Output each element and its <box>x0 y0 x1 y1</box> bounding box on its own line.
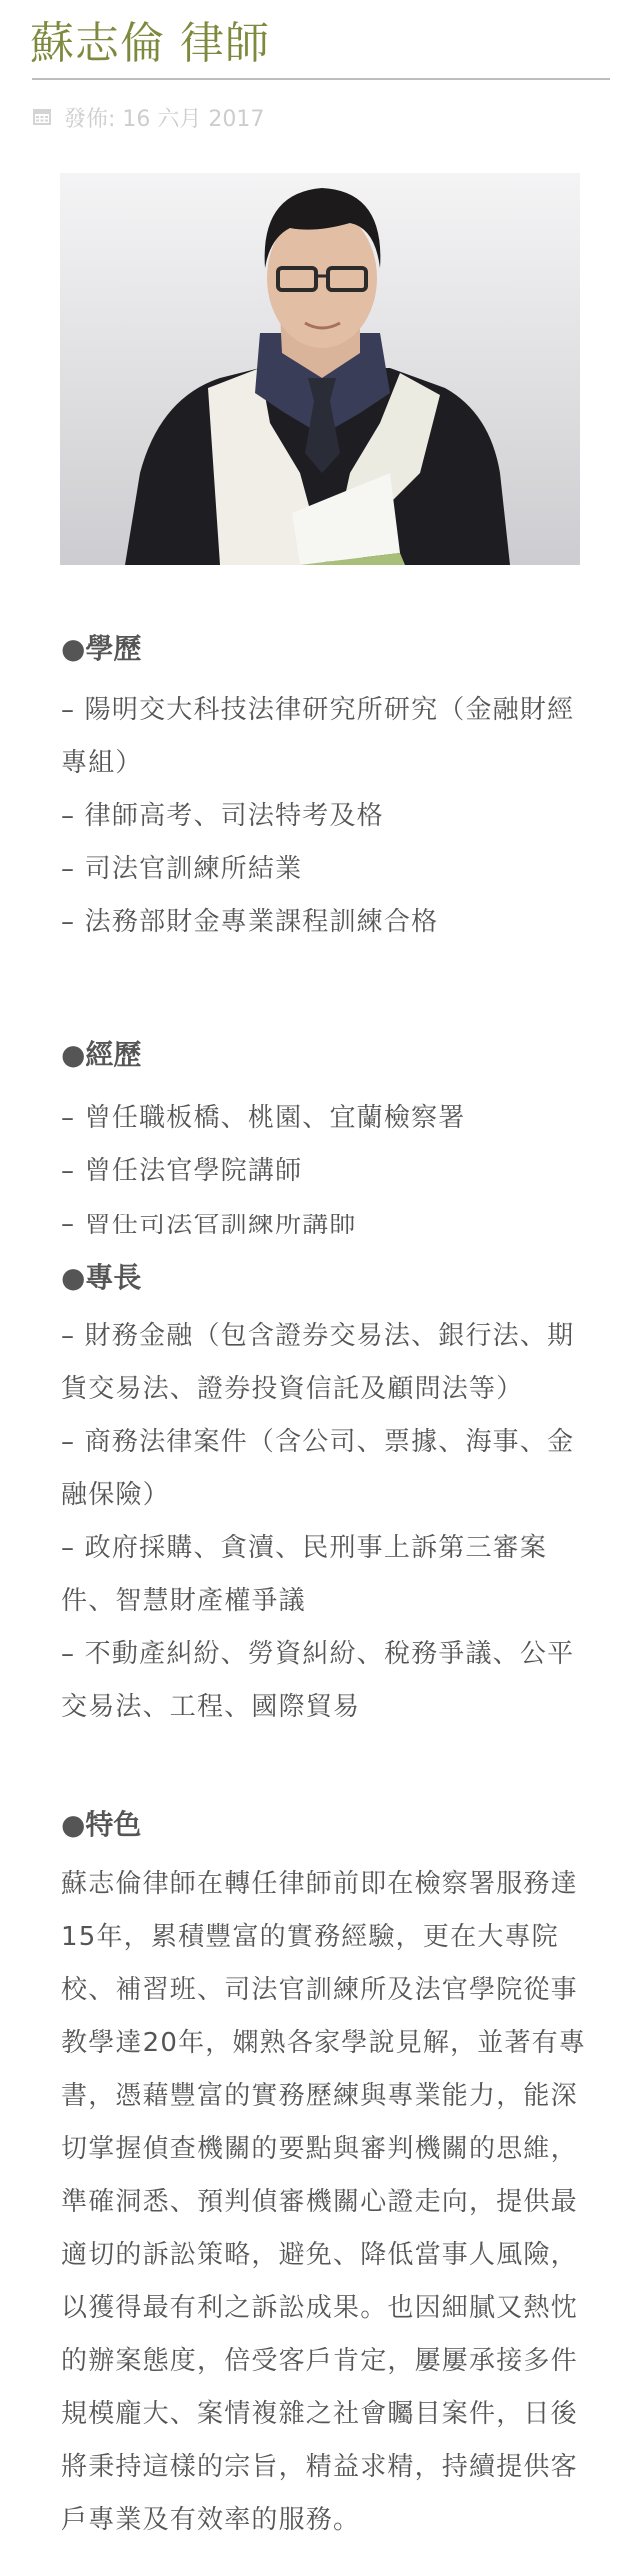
features-line: 以獲得最有利之訴訟成果。也因細膩又熱忱 <box>61 2282 591 2335</box>
expertise-item: – 商務法律案件（含公司、票據、海事、金 <box>61 1416 591 1469</box>
expertise-item: – 政府採購、貪瀆、民刑事上訴第三審案 <box>61 1522 591 1575</box>
features-line: 教學達20年，嫻熟各家學說見解，並著有專 <box>61 2017 591 2070</box>
experience-item: – 曾任司法官訓練所講師 <box>61 1214 591 1234</box>
features-line: 準確洞悉、預判偵審機關心證走向，提供最 <box>61 2176 591 2229</box>
features-line: 戶專業及有效率的服務。 <box>61 2494 591 2547</box>
section-heading-education: ●學歷 <box>61 629 591 669</box>
expertise-item-cont: 貨交易法、證券投資信託及顧問法等） <box>61 1363 591 1416</box>
expertise-item: – 財務金融（包含證券交易法、銀行法、期 <box>61 1310 591 1363</box>
features-line: 切掌握偵查機關的要點與審判機關的思維， <box>61 2123 591 2176</box>
education-item: – 律師高考、司法特考及格 <box>61 790 591 843</box>
section-education: ●學歷 <box>61 629 591 669</box>
section-experience: ●經歷 <box>61 1035 591 1075</box>
education-item: – 陽明交大科技法律研究所研究（金融財經 <box>61 684 591 737</box>
features-line: 15年，累積豐富的實務經驗，更在大專院 <box>61 1911 591 1964</box>
features-line: 校、補習班、司法官訓練所及法官學院從事 <box>61 1964 591 2017</box>
section-expertise: ●專長 <box>61 1258 591 1298</box>
section-heading-expertise: ●專長 <box>61 1258 591 1298</box>
expertise-item-cont: 融保險） <box>61 1469 591 1522</box>
expertise-list: – 財務金融（包含證券交易法、銀行法、期 貨交易法、證券投資信託及顧問法等） –… <box>61 1310 591 1734</box>
page-title: 蘇志倫 律師 <box>30 14 270 74</box>
education-item: – 法務部財金專業課程訓練合格 <box>61 896 591 949</box>
section-heading-experience: ●經歷 <box>61 1035 591 1075</box>
education-list: – 陽明交大科技法律研究所研究（金融財經 專組） – 律師高考、司法特考及格 –… <box>61 684 591 949</box>
calendar-icon <box>32 107 52 127</box>
section-features: ●特色 <box>61 1805 591 1845</box>
features-paragraph: 蘇志倫律師在轉任律師前即在檢察署服務達 15年，累積豐富的實務經驗，更在大專院 … <box>61 1858 591 2547</box>
section-heading-features: ●特色 <box>61 1805 591 1845</box>
published-date: 發佈: 16 六月 2017 <box>32 100 264 134</box>
lawyer-portrait-photo <box>60 173 580 565</box>
title-divider <box>32 78 610 80</box>
experience-list: – 曾任職板橋、桃園、宜蘭檢察署 – 曾任法官學院講師 <box>61 1092 591 1198</box>
experience-item: – 曾任法官學院講師 <box>61 1145 591 1198</box>
features-line: 書，憑藉豐富的實務歷練與專業能力，能深 <box>61 2070 591 2123</box>
expertise-item: – 不動產糾紛、勞資糾紛、稅務爭議、公平 <box>61 1628 591 1681</box>
features-line: 規模龐大、案情複雜之社會矚目案件，日後 <box>61 2388 591 2441</box>
expertise-item-cont: 件、智慧財產權爭議 <box>61 1575 591 1628</box>
published-date-text: 發佈: 16 六月 2017 <box>64 102 264 133</box>
features-line: 的辦案態度，倍受客戶肯定，屢屢承接多件 <box>61 2335 591 2388</box>
features-line: 將秉持這樣的宗旨，精益求精，持續提供客 <box>61 2441 591 2494</box>
features-line: 適切的訴訟策略，避免、降低當事人風險， <box>61 2229 591 2282</box>
education-item: – 司法官訓練所結業 <box>61 843 591 896</box>
education-item-cont: 專組） <box>61 737 591 790</box>
experience-item: – 曾任職板橋、桃園、宜蘭檢察署 <box>61 1092 591 1145</box>
features-line: 蘇志倫律師在轉任律師前即在檢察署服務達 <box>61 1858 591 1911</box>
experience-item-clipped: – 曾任司法官訓練所講師 <box>61 1214 591 1234</box>
expertise-item-cont: 交易法、工程、國際貿易 <box>61 1681 591 1734</box>
